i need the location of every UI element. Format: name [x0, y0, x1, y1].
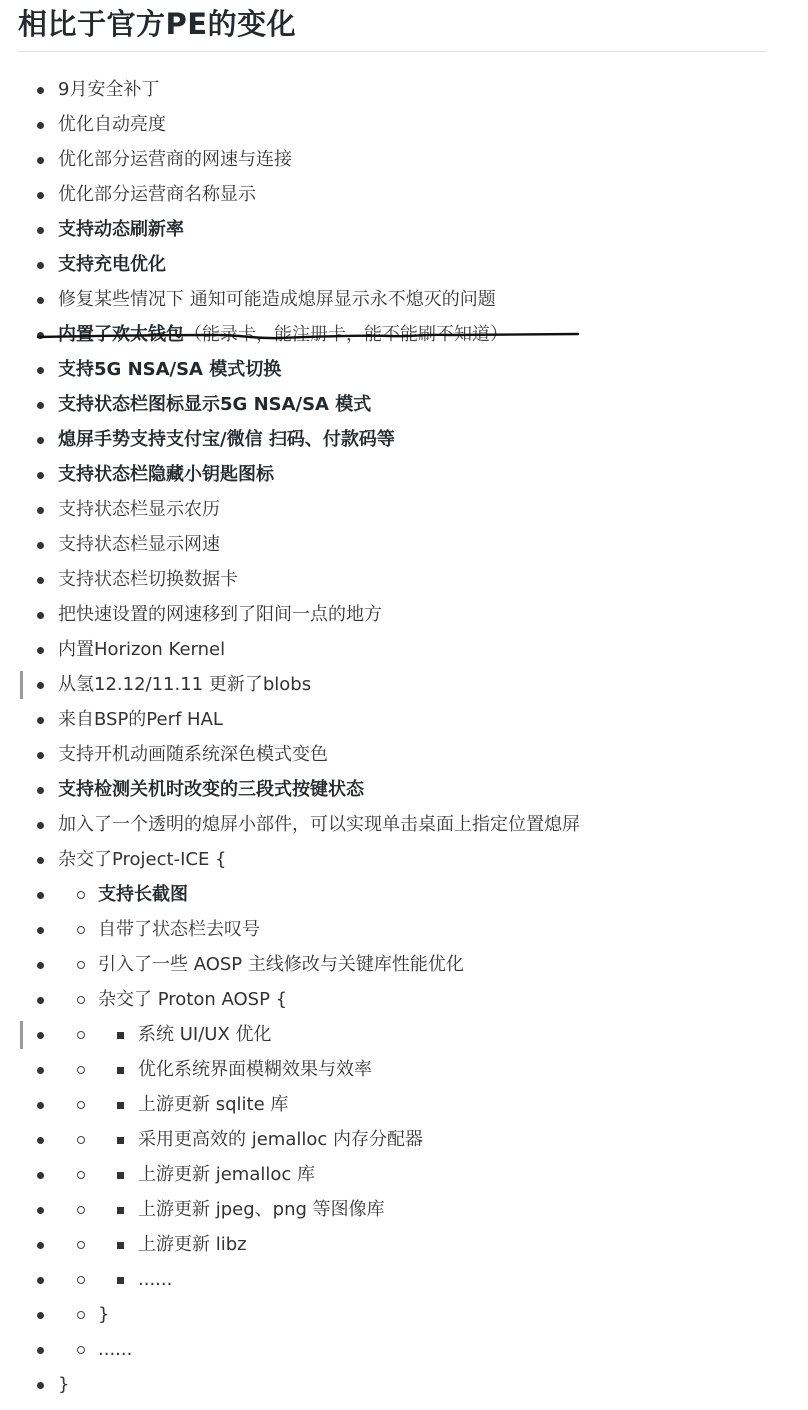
- list-item: 来自BSP的Perf HAL: [0, 702, 808, 737]
- list-item-text: ......: [138, 1262, 172, 1297]
- item-text: 上游更新 libz: [138, 1234, 247, 1255]
- bullet-disc-icon: [37, 1347, 44, 1354]
- bullet-circle-icon: [77, 996, 85, 1004]
- bullet-disc-icon: [37, 717, 44, 724]
- list-item: 9月安全补丁: [0, 72, 808, 107]
- bullet-disc-icon: [37, 227, 44, 234]
- list-item-text: 支持状态栏显示农历: [58, 492, 220, 527]
- bullet-disc-icon: [37, 507, 44, 514]
- item-text: 支持状态栏显示农历: [58, 499, 220, 520]
- bullet-square-icon: [117, 1102, 124, 1109]
- item-text: 支持动态刷新率: [58, 219, 184, 240]
- list-item: 上游更新 sqlite 库: [0, 1087, 808, 1122]
- item-text: ......: [138, 1269, 172, 1290]
- item-text: 从氢12.12/11.11 更新了blobs: [58, 674, 311, 695]
- list-item-text: 上游更新 jemalloc 库: [138, 1157, 315, 1192]
- list-item: 支持5G NSA/SA 模式切换: [0, 352, 808, 387]
- list-item: 杂交了 Proton AOSP {: [0, 982, 808, 1017]
- list-item-text: 支持状态栏切换数据卡: [58, 562, 238, 597]
- item-text: 支持5G NSA/SA 模式切换: [58, 359, 281, 380]
- bullet-circle-icon: [77, 1241, 85, 1249]
- bullet-disc-icon: [37, 1242, 44, 1249]
- bullet-disc-icon: [37, 1207, 44, 1214]
- item-note: （能录卡，能注册卡，能不能刷不知道）: [184, 324, 508, 345]
- list-item-text: 把快速设置的网速移到了阳间一点的地方: [58, 597, 382, 632]
- list-item-text: 内置了欢太钱包（能录卡，能注册卡，能不能刷不知道）: [58, 317, 508, 352]
- list-item: 上游更新 jemalloc 库: [0, 1157, 808, 1192]
- list-item-text: 杂交了Project-ICE {: [58, 842, 227, 877]
- list-item: 上游更新 libz: [0, 1227, 808, 1262]
- item-text: 支持充电优化: [58, 254, 166, 275]
- title-divider: [17, 51, 767, 52]
- bullet-disc-icon: [37, 1137, 44, 1144]
- list-item-text: 支持状态栏图标显示5G NSA/SA 模式: [58, 387, 371, 422]
- bullet-disc-icon: [37, 542, 44, 549]
- list-item-text: 上游更新 jpeg、png 等图像库: [138, 1192, 385, 1227]
- change-marker-bar: [20, 1021, 23, 1049]
- bullet-circle-icon: [77, 961, 85, 969]
- bullet-circle-icon: [77, 1311, 85, 1319]
- bullet-disc-icon: [37, 682, 44, 689]
- list-item: 内置了欢太钱包（能录卡，能注册卡，能不能刷不知道）: [0, 317, 808, 352]
- item-text: 内置Horizon Kernel: [58, 639, 225, 660]
- list-item: 支持状态栏显示网速: [0, 527, 808, 562]
- list-item: 优化系统界面模糊效果与效率: [0, 1052, 808, 1087]
- item-text: 把快速设置的网速移到了阳间一点的地方: [58, 604, 382, 625]
- list-item-text: 支持开机动画随系统深色模式变色: [58, 737, 328, 772]
- list-item: 杂交了Project-ICE {: [0, 842, 808, 877]
- list-item: 支持开机动画随系统深色模式变色: [0, 737, 808, 772]
- bullet-disc-icon: [37, 87, 44, 94]
- list-item-text: 从氢12.12/11.11 更新了blobs: [58, 667, 311, 702]
- bullet-circle-icon: [77, 1101, 85, 1109]
- list-item-text: 修复某些情况下 通知可能造成熄屏显示永不熄灭的问题: [58, 282, 496, 317]
- list-item: 自带了状态栏去叹号: [0, 912, 808, 947]
- list-item: 加入了一个透明的熄屏小部件，可以实现单击桌面上指定位置熄屏: [0, 807, 808, 842]
- list-item: 从氢12.12/11.11 更新了blobs: [0, 667, 808, 702]
- item-text: 杂交了Project-ICE {: [58, 849, 227, 870]
- list-item: 优化自动亮度: [0, 107, 808, 142]
- list-item-text: 支持5G NSA/SA 模式切换: [58, 352, 281, 387]
- list-item-text: 支持动态刷新率: [58, 212, 184, 247]
- bullet-disc-icon: [37, 437, 44, 444]
- item-text: 9月安全补丁: [58, 79, 159, 100]
- list-item: 支持长截图: [0, 877, 808, 912]
- list-item: 系统 UI/UX 优化: [0, 1017, 808, 1052]
- page-title: 相比于官方PE的变化: [18, 2, 296, 46]
- bullet-disc-icon: [37, 962, 44, 969]
- list-item-text: 9月安全补丁: [58, 72, 159, 107]
- bullet-disc-icon: [37, 787, 44, 794]
- bullet-disc-icon: [37, 927, 44, 934]
- list-item: 修复某些情况下 通知可能造成熄屏显示永不熄灭的问题: [0, 282, 808, 317]
- item-text: 优化自动亮度: [58, 114, 166, 135]
- item-text: ......: [98, 1339, 132, 1360]
- list-item-text: 上游更新 libz: [138, 1227, 247, 1262]
- list-item: }: [0, 1367, 808, 1402]
- bullet-disc-icon: [37, 1312, 44, 1319]
- list-item-text: 来自BSP的Perf HAL: [58, 702, 223, 737]
- list-item: 支持状态栏图标显示5G NSA/SA 模式: [0, 387, 808, 422]
- list-item: 支持状态栏显示农历: [0, 492, 808, 527]
- item-text: 杂交了 Proton AOSP {: [98, 989, 287, 1010]
- bullet-disc-icon: [37, 1067, 44, 1074]
- bullet-disc-icon: [37, 157, 44, 164]
- bullet-disc-icon: [37, 122, 44, 129]
- bullet-disc-icon: [37, 1172, 44, 1179]
- item-text: 引入了一些 AOSP 主线修改与关键库性能优化: [98, 954, 464, 975]
- list-item: 优化部分运营商名称显示: [0, 177, 808, 212]
- list-item-text: }: [58, 1367, 69, 1402]
- item-text: 修复某些情况下 通知可能造成熄屏显示永不熄灭的问题: [58, 289, 496, 310]
- bullet-circle-icon: [77, 926, 85, 934]
- list-item-text: 优化自动亮度: [58, 107, 166, 142]
- item-text: 采用更高效的 jemalloc 内存分配器: [138, 1129, 423, 1150]
- item-text: }: [98, 1304, 109, 1325]
- list-item: }: [0, 1297, 808, 1332]
- list-item-text: ......: [98, 1332, 132, 1367]
- list-item-text: 优化部分运营商名称显示: [58, 177, 256, 212]
- bullet-square-icon: [117, 1137, 124, 1144]
- item-text: 优化部分运营商名称显示: [58, 184, 256, 205]
- list-item-text: 自带了状态栏去叹号: [98, 912, 260, 947]
- list-item: 采用更高效的 jemalloc 内存分配器: [0, 1122, 808, 1157]
- item-text: 支持长截图: [98, 884, 188, 905]
- bullet-circle-icon: [77, 1066, 85, 1074]
- list-item-text: 支持检测关机时改变的三段式按键状态: [58, 772, 364, 807]
- item-text: 优化部分运营商的网速与连接: [58, 149, 292, 170]
- list-item: 熄屏手势支持支付宝/微信 扫码、付款码等: [0, 422, 808, 457]
- bullet-disc-icon: [37, 192, 44, 199]
- item-text: 支持开机动画随系统深色模式变色: [58, 744, 328, 765]
- bullet-circle-icon: [77, 1136, 85, 1144]
- item-text: }: [58, 1374, 69, 1395]
- item-text: 支持检测关机时改变的三段式按键状态: [58, 779, 364, 800]
- list-item-text: 系统 UI/UX 优化: [138, 1017, 272, 1052]
- bullet-disc-icon: [37, 297, 44, 304]
- list-item: 上游更新 jpeg、png 等图像库: [0, 1192, 808, 1227]
- bullet-square-icon: [117, 1172, 124, 1179]
- bullet-circle-icon: [77, 1206, 85, 1214]
- list-item-text: 加入了一个透明的熄屏小部件，可以实现单击桌面上指定位置熄屏: [58, 807, 580, 842]
- bullet-disc-icon: [37, 332, 44, 339]
- bullet-disc-icon: [37, 822, 44, 829]
- list-item: 支持状态栏切换数据卡: [0, 562, 808, 597]
- list-item-text: 杂交了 Proton AOSP {: [98, 982, 287, 1017]
- bullet-square-icon: [117, 1067, 124, 1074]
- list-item: 支持状态栏隐藏小钥匙图标: [0, 457, 808, 492]
- bullet-disc-icon: [37, 612, 44, 619]
- item-text: 支持状态栏切换数据卡: [58, 569, 238, 590]
- bullet-disc-icon: [37, 1032, 44, 1039]
- item-text: 上游更新 jemalloc 库: [138, 1164, 315, 1185]
- list-item: 内置Horizon Kernel: [0, 632, 808, 667]
- list-item-text: 支持状态栏显示网速: [58, 527, 220, 562]
- bullet-disc-icon: [37, 577, 44, 584]
- list-item: 支持检测关机时改变的三段式按键状态: [0, 772, 808, 807]
- item-text: 内置了欢太钱包: [58, 324, 184, 345]
- list-item-text: 支持充电优化: [58, 247, 166, 282]
- bullet-circle-icon: [77, 1031, 85, 1039]
- list-item-text: 上游更新 sqlite 库: [138, 1087, 288, 1122]
- bullet-disc-icon: [37, 752, 44, 759]
- list-item-text: 优化系统界面模糊效果与效率: [138, 1052, 372, 1087]
- bullet-disc-icon: [37, 857, 44, 864]
- change-marker-bar: [20, 671, 23, 699]
- item-text: 熄屏手势支持支付宝/微信 扫码、付款码等: [58, 429, 395, 450]
- item-text: 支持状态栏隐藏小钥匙图标: [58, 464, 274, 485]
- bullet-square-icon: [117, 1032, 124, 1039]
- list-item-text: 熄屏手势支持支付宝/微信 扫码、付款码等: [58, 422, 395, 457]
- item-text: 支持状态栏图标显示5G NSA/SA 模式: [58, 394, 371, 415]
- bullet-disc-icon: [37, 647, 44, 654]
- bullet-square-icon: [117, 1242, 124, 1249]
- item-text: 支持状态栏显示网速: [58, 534, 220, 555]
- list-item: 支持动态刷新率: [0, 212, 808, 247]
- list-item: 把快速设置的网速移到了阳间一点的地方: [0, 597, 808, 632]
- list-item-text: 引入了一些 AOSP 主线修改与关键库性能优化: [98, 947, 464, 982]
- item-text: 自带了状态栏去叹号: [98, 919, 260, 940]
- bullet-disc-icon: [37, 1277, 44, 1284]
- bullet-circle-icon: [77, 1276, 85, 1284]
- changelog-list: 9月安全补丁优化自动亮度优化部分运营商的网速与连接优化部分运营商名称显示支持动态…: [0, 72, 808, 1402]
- list-item-text: 采用更高效的 jemalloc 内存分配器: [138, 1122, 423, 1157]
- list-item: 优化部分运营商的网速与连接: [0, 142, 808, 177]
- list-item: 支持充电优化: [0, 247, 808, 282]
- bullet-disc-icon: [37, 1102, 44, 1109]
- list-item: 引入了一些 AOSP 主线修改与关键库性能优化: [0, 947, 808, 982]
- list-item-text: 支持长截图: [98, 877, 188, 912]
- bullet-disc-icon: [37, 472, 44, 479]
- item-text: 系统 UI/UX 优化: [138, 1024, 272, 1045]
- list-item-text: }: [98, 1297, 109, 1332]
- list-item: ......: [0, 1262, 808, 1297]
- list-item-text: 内置Horizon Kernel: [58, 632, 225, 667]
- item-text: 上游更新 jpeg、png 等图像库: [138, 1199, 385, 1220]
- bullet-disc-icon: [37, 402, 44, 409]
- bullet-disc-icon: [37, 262, 44, 269]
- bullet-circle-icon: [77, 1171, 85, 1179]
- bullet-square-icon: [117, 1207, 124, 1214]
- list-item-text: 优化部分运营商的网速与连接: [58, 142, 292, 177]
- bullet-disc-icon: [37, 1382, 44, 1389]
- bullet-disc-icon: [37, 997, 44, 1004]
- item-text: 上游更新 sqlite 库: [138, 1094, 288, 1115]
- item-text: 来自BSP的Perf HAL: [58, 709, 223, 730]
- bullet-disc-icon: [37, 367, 44, 374]
- list-item: ......: [0, 1332, 808, 1367]
- bullet-square-icon: [117, 1277, 124, 1284]
- bullet-circle-icon: [77, 891, 85, 899]
- bullet-circle-icon: [77, 1346, 85, 1354]
- bullet-disc-icon: [37, 892, 44, 899]
- item-text: 优化系统界面模糊效果与效率: [138, 1059, 372, 1080]
- list-item-text: 支持状态栏隐藏小钥匙图标: [58, 457, 274, 492]
- item-text: 加入了一个透明的熄屏小部件，可以实现单击桌面上指定位置熄屏: [58, 814, 580, 835]
